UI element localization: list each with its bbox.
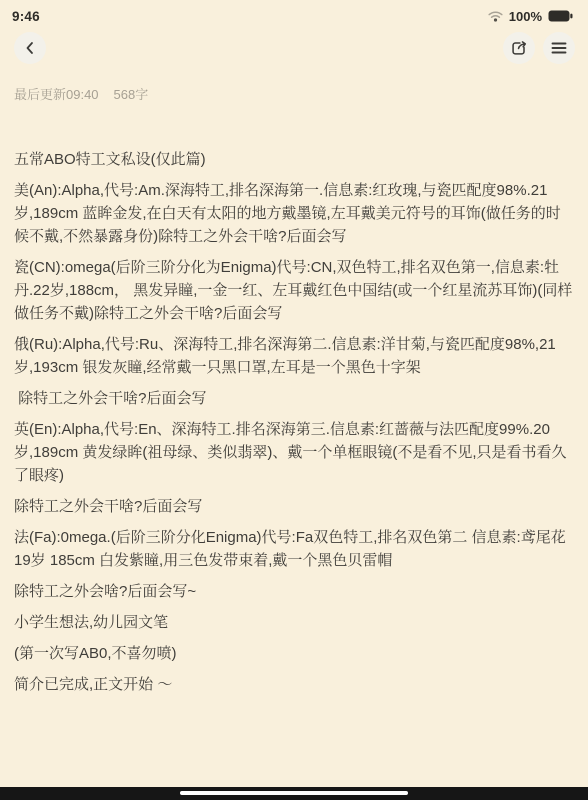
clock-time: 9:46 [12,9,40,24]
status-icons: 100% [488,9,573,24]
system-navigation-bar [0,787,588,800]
wifi-icon [488,10,503,22]
word-count-label: 568字 [114,84,149,103]
note-meta: 最后更新09:40 568字 [0,64,588,103]
menu-icon [551,41,567,55]
menu-button[interactable] [543,32,575,64]
back-icon [23,41,37,55]
battery-percent-label: 100% [509,9,542,24]
paragraph: 瓷(CN):omega(后阶三阶分化为Enigma)代号:CN,双色特工,排名双… [14,256,574,325]
paragraph: 美(An):Alpha,代号:Am.深海特工,排名深海第一.信息素:红玫瑰,与瓷… [14,179,574,248]
paragraph: 除特工之外会干啥?后面会写 [14,495,574,518]
paragraph: 俄(Ru):Alpha,代号:Ru、深海特工,排名深海第二.信息素:洋甘菊,与瓷… [14,333,574,379]
share-button[interactable] [503,32,535,64]
paragraph: 小学生想法,幼儿园文笔 [14,611,574,634]
last-updated-label: 最后更新09:40 [14,84,99,103]
share-icon [509,38,529,58]
status-bar: 9:46 100% [0,0,588,26]
note-content[interactable]: 五常ABO特工文私设(仅此篇) 美(An):Alpha,代号:Am.深海特工,排… [0,103,588,696]
paragraph: 法(Fa):0mega.(后阶三阶分化Enigma)代号:Fa双色特工,排名双色… [14,526,574,572]
home-indicator-handle[interactable] [180,791,408,795]
paragraph: 除特工之外会干啥?后面会写 [14,387,574,410]
back-button[interactable] [14,32,46,64]
paragraph: 除特工之外会啥?后面会写~ [14,580,574,603]
paragraph: (第一次写AB0,不喜勿喷) [14,642,574,665]
nav-bar [0,26,588,64]
note-title-line: 五常ABO特工文私设(仅此篇) [14,148,574,171]
paragraph: 英(En):Alpha,代号:En、深海特工.排名深海第三.信息素:红蔷薇与法匹… [14,418,574,487]
nav-actions [503,32,575,64]
paragraph: 简介已完成,正文开始 ～ [14,673,574,696]
battery-full-icon [548,10,573,22]
